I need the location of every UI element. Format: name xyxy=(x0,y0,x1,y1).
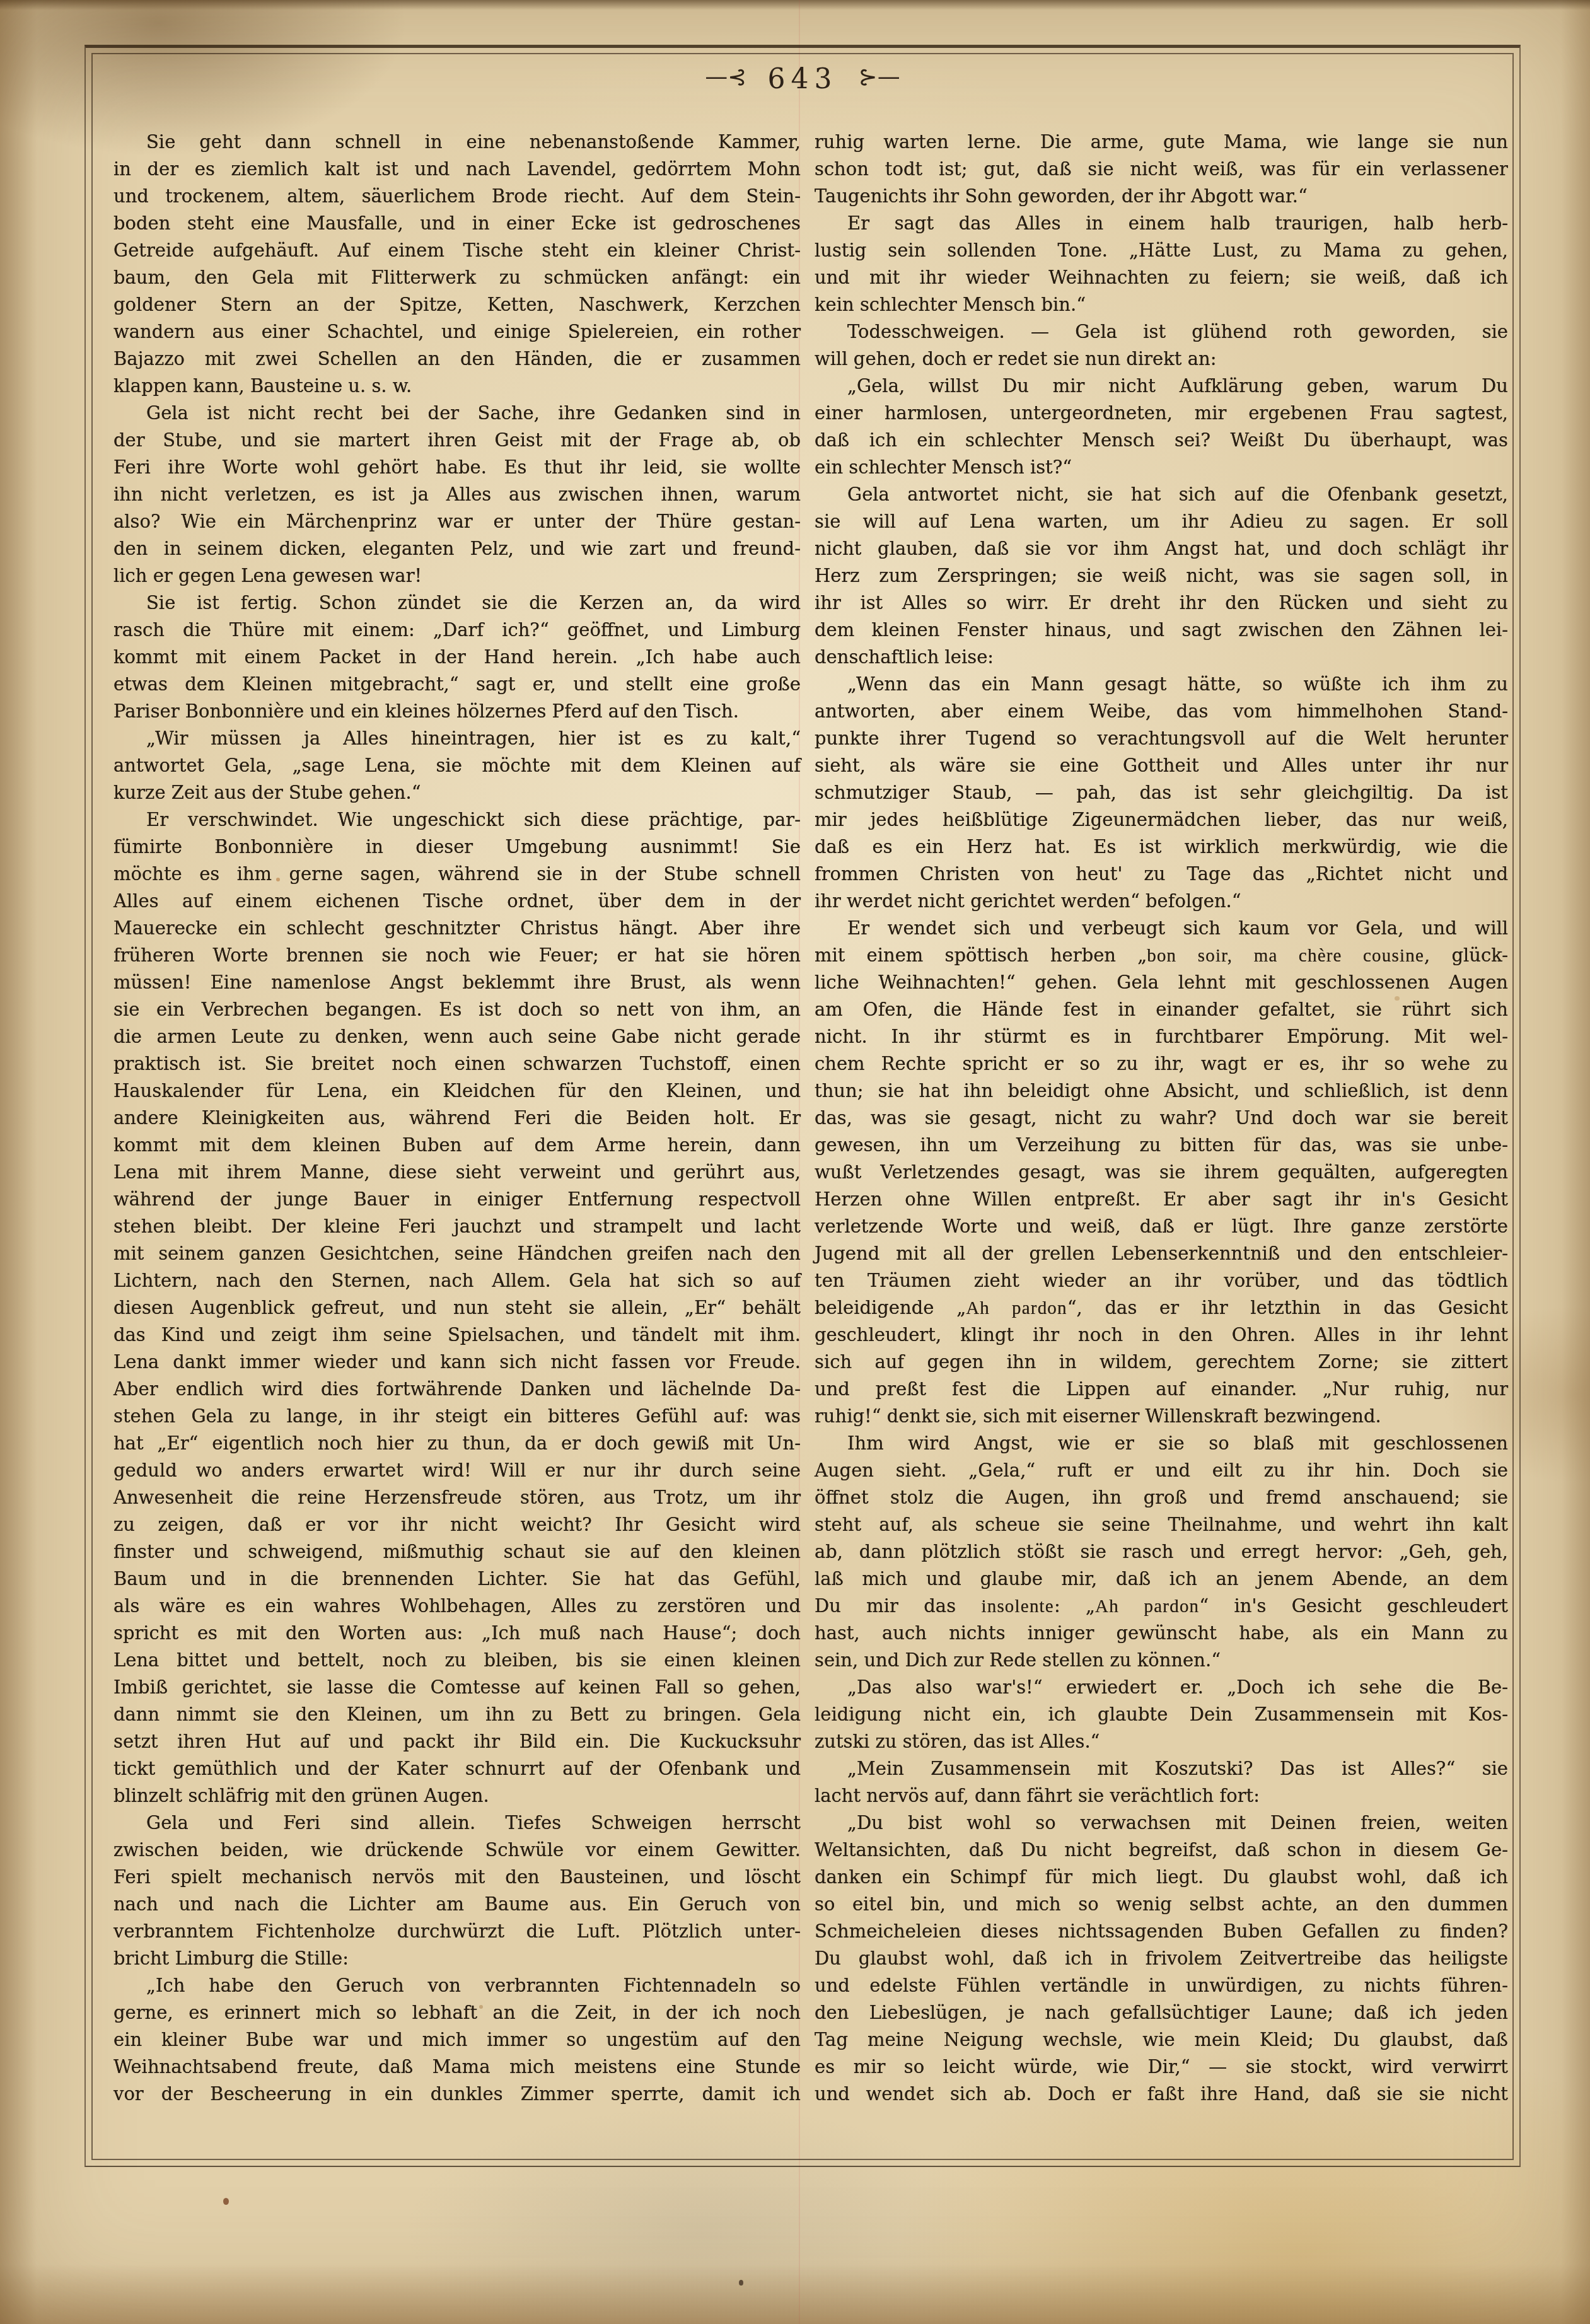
text-line: mit seinem ganzen Gesichtchen, seine Hän… xyxy=(113,1240,801,1267)
text-line: gewesen, ihn um Verzeihung zu bitten für… xyxy=(815,1132,1508,1159)
text-line: fümirte Bonbonnière in dieser Umgebung a… xyxy=(113,834,801,861)
text-line: und wendet sich ab. Doch er faßt ihre Ha… xyxy=(815,2081,1508,2108)
text-line: spricht es mit den Worten aus: „Ich muß … xyxy=(113,1620,801,1647)
text-line: Er verschwindet. Wie ungeschickt sich di… xyxy=(113,806,801,834)
text-line: Du mir das insolente: „Ah pardon“ in's G… xyxy=(815,1593,1508,1620)
left-column: Sie geht dann schnell in eine nebenansto… xyxy=(113,129,801,2108)
text-line: Schmeicheleien dieses nichtssagenden Bub… xyxy=(815,1918,1508,1945)
text-line: müssen! Eine namenlose Angst beklemmt ih… xyxy=(113,969,801,996)
text-line: dem kleinen Fenster hinaus, und sagt zwi… xyxy=(815,617,1508,644)
text-line: „Mein Zusammensein mit Koszutski? Das is… xyxy=(815,1755,1508,1782)
text-line: als wäre es ein wahres Wohlbehagen, Alle… xyxy=(113,1593,801,1620)
text-line: gerne, es erinnert mich so lebhaft an di… xyxy=(113,1999,801,2026)
text-line: Todesschweigen. — Gela ist glühend roth … xyxy=(815,318,1508,346)
text-line: blinzelt schläfrig mit den grünen Augen. xyxy=(113,1782,801,1810)
text-line: finster und schweigend, mißmuthig schaut… xyxy=(113,1538,801,1566)
right-column: ruhig warten lerne. Die arme, gute Mama,… xyxy=(815,129,1508,2108)
text-line: thun; sie hat ihn beleidigt ohne Absicht… xyxy=(815,1078,1508,1105)
text-line: ten Träumen zieht wieder an ihr vorüber,… xyxy=(815,1267,1508,1294)
text-line: stehen bleibt. Der kleine Feri jauchzt u… xyxy=(113,1213,801,1240)
page-number: 643 xyxy=(768,63,838,95)
text-line: andere Kleinigkeiten aus, während Feri d… xyxy=(113,1105,801,1132)
text-line: Ihm wird Angst, wie er sie so blaß mit g… xyxy=(815,1430,1508,1457)
text-line: wandern aus einer Schachtel, und einige … xyxy=(113,318,801,346)
text-line: liche Weihnachten!“ gehen. Gela lehnt mi… xyxy=(815,969,1508,996)
text-line: am Ofen, die Hände fest in einander gefa… xyxy=(815,996,1508,1023)
text-line: denschaftlich leise: xyxy=(815,644,1508,671)
text-line: früheren Worte brennen sie noch wie Feue… xyxy=(113,942,801,969)
text-line: also? Wie ein Märchenprinz war er unter … xyxy=(113,508,801,535)
text-line: Augen sieht. „Gela,“ ruft er und eilt zu… xyxy=(815,1457,1508,1484)
text-line: mit einem spöttisch herben „bon soir, ma… xyxy=(815,942,1508,969)
text-line: die armen Leute zu denken, wenn auch sei… xyxy=(113,1023,801,1050)
text-line: öffnet stolz die Augen, ihn groß und fre… xyxy=(815,1484,1508,1511)
text-line: rasch die Thüre mit einem: „Darf ich?“ g… xyxy=(113,617,801,644)
text-line: hat „Er“ eigentlich noch hier zu thun, d… xyxy=(113,1430,801,1457)
text-line: kurze Zeit aus der Stube gehen.“ xyxy=(113,779,801,806)
text-line: in der es ziemlich kalt ist und nach Lav… xyxy=(113,156,801,183)
text-line: ruhig!“ denkt sie, sich mit eiserner Wil… xyxy=(815,1403,1508,1430)
text-line: einer harmlosen, untergeordneten, mir er… xyxy=(815,400,1508,427)
text-line: ab, dann plötzlich stößt sie rasch und e… xyxy=(815,1538,1508,1566)
text-line: frommen Christen von heut' zu Tage das „… xyxy=(815,861,1508,888)
text-line: laß mich und glaube mir, daß ich an jene… xyxy=(815,1566,1508,1593)
text-line: goldener Stern an der Spitze, Ketten, Na… xyxy=(113,291,801,318)
text-line: verletzende Worte und weiß, daß er lügt.… xyxy=(815,1213,1508,1240)
text-line: Feri ihre Worte wohl gehört habe. Es thu… xyxy=(113,454,801,481)
text-line: daß es ein Herz hat. Es ist wirklich mer… xyxy=(815,834,1508,861)
text-line: Hauskalender für Lena, ein Kleidchen für… xyxy=(113,1078,801,1105)
text-line: Baum und in die brennenden Lichter. Sie … xyxy=(113,1566,801,1593)
text-line: klappen kann, Bausteine u. s. w. xyxy=(113,373,801,400)
text-line: Herz zum Zerspringen; sie weiß nicht, wa… xyxy=(815,562,1508,590)
text-line: sie ein Verbrechen begangen. Es ist doch… xyxy=(113,996,801,1023)
text-line: so eitel bin, und mich so wenig selbst a… xyxy=(815,1891,1508,1918)
text-line: wußt Verletzendes gesagt, was sie ihrem … xyxy=(815,1159,1508,1186)
text-line: Anwesenheit die reine Herzensfreude stör… xyxy=(113,1484,801,1511)
text-line: „Du bist wohl so verwachsen mit Deinen f… xyxy=(815,1810,1508,1837)
text-line: Gela und Feri sind allein. Tiefes Schwei… xyxy=(113,1810,801,1837)
text-line: Weltansichten, daß Du nicht begreifst, d… xyxy=(815,1837,1508,1864)
text-line: Gela antwortet nicht, sie hat sich auf d… xyxy=(815,481,1508,508)
text-line: Herzen ohne Willen entpreßt. Er aber sag… xyxy=(815,1186,1508,1213)
text-line: steht auf, als scheue sie seine Theilnah… xyxy=(815,1511,1508,1538)
text-line: lich er gegen Lena gewesen war! xyxy=(113,562,801,590)
text-line: boden steht eine Mausfalle, und in einer… xyxy=(113,210,801,237)
text-line: Jugend mit all der grellen Lebenserkennt… xyxy=(815,1240,1508,1267)
text-line: verbranntem Fichtenholze durchwürzt die … xyxy=(113,1918,801,1945)
text-line: und trockenem, altem, säuerlichem Brode … xyxy=(113,183,801,210)
text-line: Weihnachtsabend freute, daß Mama mich me… xyxy=(113,2054,801,2081)
text-line: sich auf gegen ihn in wildem, gerechtem … xyxy=(815,1349,1508,1376)
text-line: Lena bittet und bettelt, noch zu bleiben… xyxy=(113,1647,801,1674)
text-line: Tag meine Neigung wechsle, wie mein Klei… xyxy=(815,2026,1508,2054)
text-line: daß ich ein schlechter Mensch sei? Weißt… xyxy=(815,427,1508,454)
text-line: zutski zu stören, das ist Alles.“ xyxy=(815,1728,1508,1755)
text-line: antworten, aber einem Weibe, das vom him… xyxy=(815,698,1508,725)
text-line: bricht Limburg die Stille: xyxy=(113,1945,801,1972)
text-line: dann nimmt sie den Kleinen, um ihn zu Be… xyxy=(113,1701,801,1728)
text-line: ein kleiner Bube war und mich immer so u… xyxy=(113,2026,801,2054)
text-line: Sie geht dann schnell in eine nebenansto… xyxy=(113,129,801,156)
text-line: kommt mit dem kleinen Buben auf dem Arme… xyxy=(113,1132,801,1159)
text-line: Er wendet sich und verbeugt sich kaum vo… xyxy=(815,915,1508,942)
text-line: Lichtern, nach den Sternen, nach Allem. … xyxy=(113,1267,801,1294)
text-line: antwortet Gela, „sage Lena, sie möchte m… xyxy=(113,752,801,779)
text-line: setzt ihren Hut auf und packt ihr Bild e… xyxy=(113,1728,801,1755)
text-line: tickt gemüthlich und der Kater schnurrt … xyxy=(113,1755,801,1782)
text-line: Getreide aufgehäuft. Auf einem Tische st… xyxy=(113,237,801,264)
text-line: vor der Bescheerung in ein dunkles Zimme… xyxy=(113,2081,801,2108)
text-line: hast, auch nichts inniger gewünscht habe… xyxy=(815,1620,1508,1647)
text-line: ihr ist Alles so wirr. Er dreht ihr den … xyxy=(815,590,1508,617)
text-line: Sie ist fertig. Schon zündet sie die Ker… xyxy=(113,590,801,617)
right-ornament-icon: ⊱— xyxy=(859,64,900,90)
text-line: es mir so leicht würde, wie Dir,“ — sie … xyxy=(815,2054,1508,2081)
text-line: Er sagt das Alles in einem halb traurige… xyxy=(815,210,1508,237)
text-line: während der junge Bauer in einiger Entfe… xyxy=(113,1186,801,1213)
text-line: Pariser Bonbonnière und ein kleines hölz… xyxy=(113,698,801,725)
text-line: zu zeigen, daß er vor ihr nicht weicht? … xyxy=(113,1511,801,1538)
text-line: „Wir müssen ja Alles hineintragen, hier … xyxy=(113,725,801,752)
text-line: schmutziger Staub, — pah, das ist sehr g… xyxy=(815,779,1508,806)
text-line: und preßt fest die Lippen auf einander. … xyxy=(815,1376,1508,1403)
text-line: das Kind und zeigt ihm seine Spielsachen… xyxy=(113,1322,801,1349)
text-line: punkte ihrer Tugend so verachtungsvoll a… xyxy=(815,725,1508,752)
text-line: geschleudert, klingt ihr noch in den Ohr… xyxy=(815,1322,1508,1349)
text-line: kein schlechter Mensch bin.“ xyxy=(815,291,1508,318)
text-line: sieht, als wäre sie eine Gottheit und Al… xyxy=(815,752,1508,779)
text-line: chem Rechte spricht er so zu ihr, wagt e… xyxy=(815,1050,1508,1078)
text-line: baum, den Gela mit Flitterwerk zu schmüc… xyxy=(113,264,801,291)
text-line: das, was sie gesagt, nicht zu wahr? Und … xyxy=(815,1105,1508,1132)
text-line: der Stube, und sie martert ihren Geist m… xyxy=(113,427,801,454)
text-line: lacht nervös auf, dann fährt sie verächt… xyxy=(815,1782,1508,1810)
text-line: nach und nach die Lichter am Baume aus. … xyxy=(113,1891,801,1918)
text-line: sein, und Dich zur Rede stellen zu könne… xyxy=(815,1647,1508,1674)
text-line: zwischen beiden, wie drückende Schwüle v… xyxy=(113,1837,801,1864)
text-line: kommt mit einem Packet in der Hand herei… xyxy=(113,644,801,671)
text-line: lustig sein sollenden Tone. „Hätte Lust,… xyxy=(815,237,1508,264)
text-line: Feri spielt mechanisch nervös mit den Ba… xyxy=(113,1864,801,1891)
text-line: schon todt ist; gut, daß sie nicht weiß,… xyxy=(815,156,1508,183)
text-line: Lena mit ihrem Manne, diese sieht verwei… xyxy=(113,1159,801,1186)
text-line: Alles auf einem eichenen Tische ordnet, … xyxy=(113,888,801,915)
text-line: nicht. In ihr stürmt es in furchtbarer E… xyxy=(815,1023,1508,1050)
text-line: „Ich habe den Geruch von verbrannten Fic… xyxy=(113,1972,801,1999)
text-line: Aber endlich wird dies fortwährende Dank… xyxy=(113,1376,801,1403)
text-line: möchte es ihm gerne sagen, während sie i… xyxy=(113,861,801,888)
text-line: Imbiß gerichtet, sie lasse die Comtesse … xyxy=(113,1674,801,1701)
text-line: sie will auf Lena warten, um ihr Adieu z… xyxy=(815,508,1508,535)
text-line: ihn nicht verletzen, es ist ja Alles aus… xyxy=(113,481,801,508)
text-line: „Gela, willst Du mir nicht Aufklärung ge… xyxy=(815,373,1508,400)
text-line: Bajazzo mit zwei Schellen an den Händen,… xyxy=(113,346,801,373)
text-line: nicht glauben, daß sie vor ihm Angst hat… xyxy=(815,535,1508,562)
text-line: Taugenichts ihr Sohn geworden, der ihr A… xyxy=(815,183,1508,210)
left-ornament-icon: —⊰ xyxy=(705,64,746,90)
text-line: leidigung nicht ein, ich glaubte Dein Zu… xyxy=(815,1701,1508,1728)
text-line: mir jedes heißblütige Zigeunermädchen li… xyxy=(815,806,1508,834)
text-line: Lena dankt immer wieder und kann sich ni… xyxy=(113,1349,801,1376)
text-line: und mit ihr wieder Weihnachten zu feiern… xyxy=(815,264,1508,291)
text-line: ein schlechter Mensch ist?“ xyxy=(815,454,1508,481)
text-line: „Wenn das ein Mann gesagt hätte, so wüßt… xyxy=(815,671,1508,698)
text-line: stehen Gela zu lange, in ihr steigt ein … xyxy=(113,1403,801,1430)
text-line: und edelste Fühlen vertändle in unwürdig… xyxy=(815,1972,1508,1999)
text-line: danken ein Schimpf für mich liegt. Du gl… xyxy=(815,1864,1508,1891)
text-line: beleidigende „Ah pardon“, das er ihr let… xyxy=(815,1294,1508,1322)
text-line: etwas dem Kleinen mitgebracht,“ sagt er,… xyxy=(113,671,801,698)
text-line: den in seinem dicken, eleganten Pelz, un… xyxy=(113,535,801,562)
text-line: „Das also war's!“ erwiedert er. „Doch ic… xyxy=(815,1674,1508,1701)
text-line: ruhig warten lerne. Die arme, gute Mama,… xyxy=(815,129,1508,156)
page-header: —⊰ 643 ⊱— xyxy=(84,63,1521,95)
text-line: Du glaubst wohl, daß ich in frivolem Zei… xyxy=(815,1945,1508,1972)
text-line: Gela ist nicht recht bei der Sache, ihre… xyxy=(113,400,801,427)
text-line: den Liebeslügen, je nach gefallsüchtiger… xyxy=(815,1999,1508,2026)
text-line: will gehen, doch er redet sie nun direkt… xyxy=(815,346,1508,373)
text-line: Mauerecke ein schlecht geschnitzter Chri… xyxy=(113,915,801,942)
text-line: praktisch ist. Sie breitet noch einen sc… xyxy=(113,1050,801,1078)
text-line: ihr werdet nicht gerichtet werden“ befol… xyxy=(815,888,1508,915)
text-line: geduld wo anders erwartet wird! Will er … xyxy=(113,1457,801,1484)
text-line: diesen Augenblick gefreut, und nun steht… xyxy=(113,1294,801,1322)
